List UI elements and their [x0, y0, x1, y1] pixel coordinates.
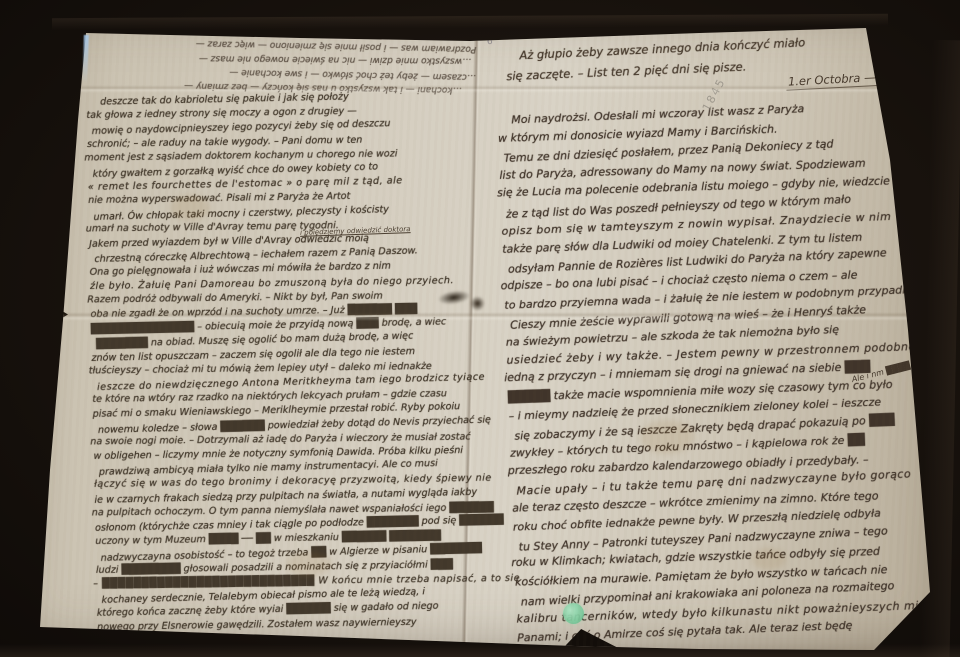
left-page-inverted-postscript: …kochani — i tak wszystko u nas się końc…: [88, 31, 477, 97]
foxing-stain: [286, 552, 332, 576]
green-dot-sticker: [563, 603, 584, 624]
foxing-stain: [170, 195, 210, 221]
foxing-stain: [640, 420, 694, 454]
paper-notch-left-edge: [52, 305, 68, 324]
framed-letter-photo: …kochani — i tak wszystko u nas się końc…: [0, 0, 960, 657]
frame-bevel-top: [52, 14, 888, 30]
letter-paper: …kochani — i tak wszystko u nas się końc…: [0, 0, 960, 657]
pencil-number-annotation: 6: [486, 37, 493, 48]
foxing-stain: [752, 548, 786, 570]
left-page-body: deszcze tak do kabrioletu się pakuie i j…: [86, 88, 491, 636]
ink-blot: [470, 296, 485, 311]
